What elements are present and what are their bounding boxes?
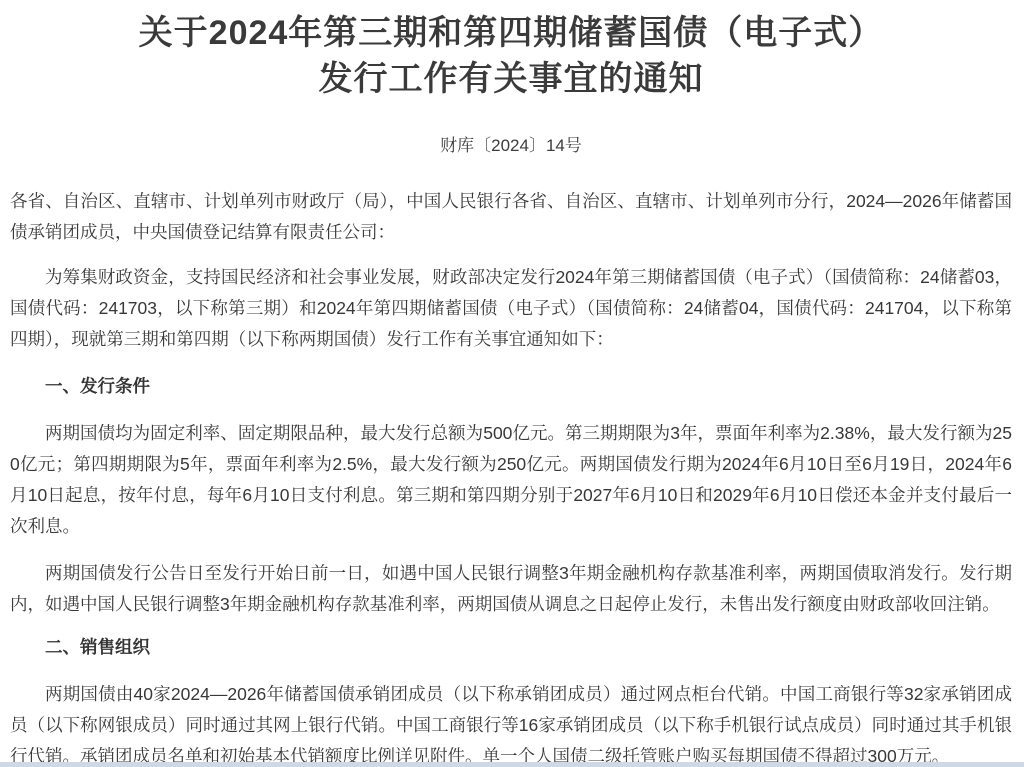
issue-conditions-paragraph-2: 两期国债发行公告日至发行开始日前一日，如遇中国人民银行调整3年期金融机构存款基准… — [10, 558, 1012, 620]
intro-paragraph: 为筹集财政资金，支持国民经济和社会事业发展，财政部决定发行2024年第三期储蓄国… — [10, 262, 1012, 355]
bottom-divider-bar — [0, 762, 1024, 767]
section-heading-issue-conditions: 一、发行条件 — [10, 371, 1012, 402]
document-title-line2: 发行工作有关事宜的通知 — [319, 60, 704, 98]
section-heading-sales-organization: 二、销售组织 — [10, 632, 1012, 663]
document-title: 关于2024年第三期和第四期储蓄国债（电子式） 发行工作有关事宜的通知 — [70, 10, 952, 102]
sales-organization-paragraph-1: 两期国债由40家2024—2026年储蓄国债承销团成员（以下称承销团成员）通过网… — [10, 679, 1012, 767]
addressee-paragraph: 各省、自治区、直辖市、计划单列市财政厅（局），中国人民银行各省、自治区、直辖市、… — [10, 186, 1012, 248]
notice-document: 关于2024年第三期和第四期储蓄国债（电子式） 发行工作有关事宜的通知 财库〔2… — [0, 0, 1024, 767]
issue-conditions-paragraph-1: 两期国债均为固定利率、固定期限品种，最大发行总额为500亿元。第三期期限为3年，… — [10, 418, 1012, 542]
document-title-line1: 关于2024年第三期和第四期储蓄国债（电子式） — [139, 14, 884, 52]
document-number: 财库〔2024〕14号 — [10, 132, 1012, 160]
